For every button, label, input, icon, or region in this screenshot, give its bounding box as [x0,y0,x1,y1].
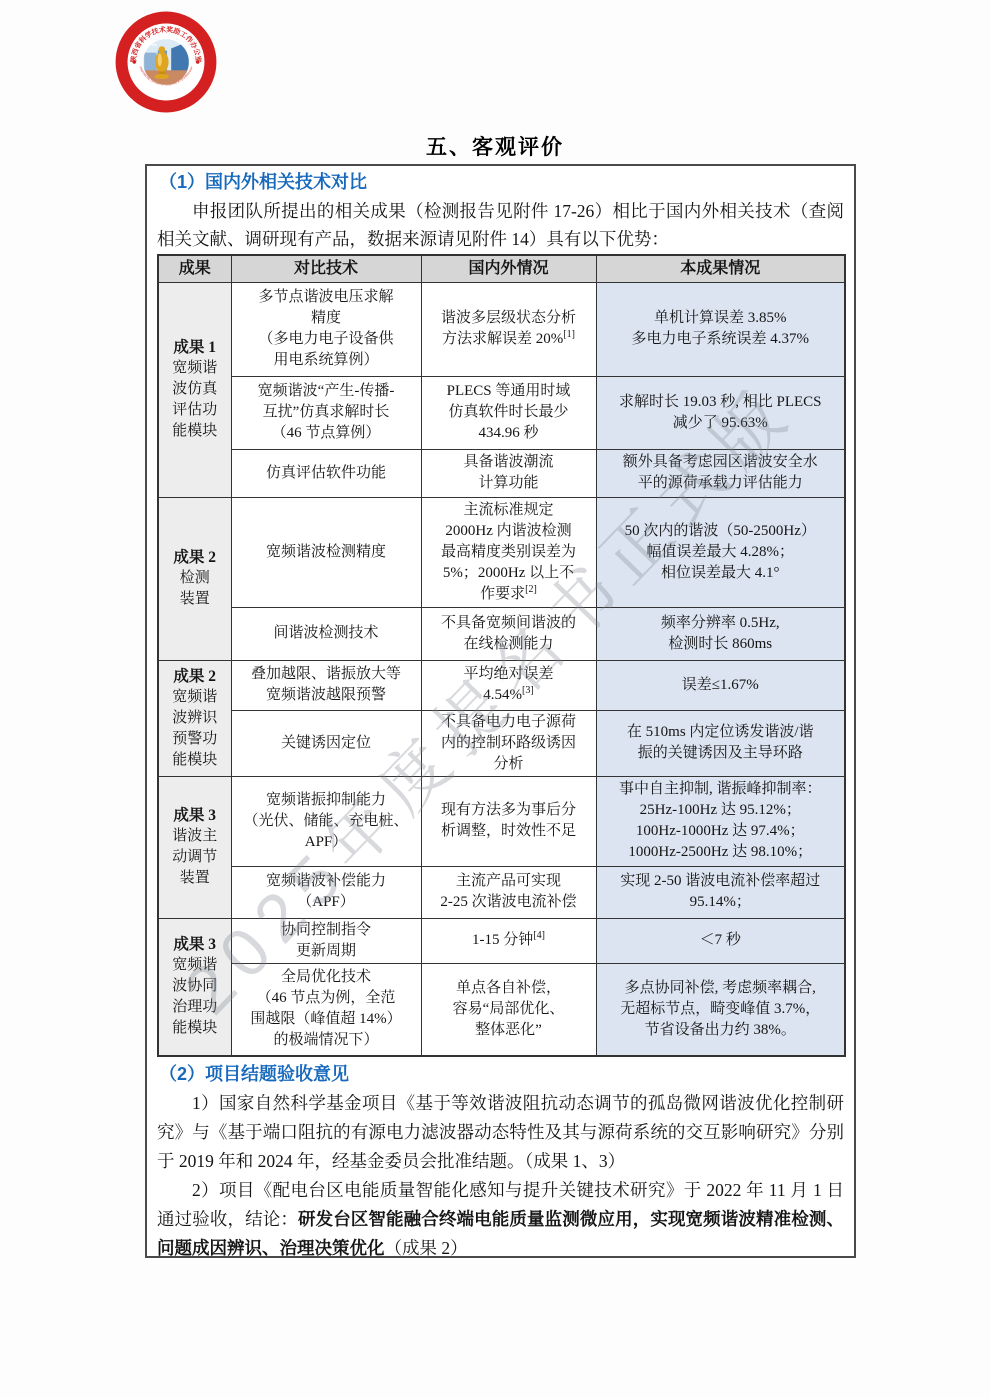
footnote-ref: [1] [563,329,575,340]
result-name: 成果 2 [162,547,228,568]
table-row: 关键诱因定位 不具备电力电子源荷 内的控制环路级诱因 分析 在 510ms 内定… [158,710,845,776]
header-result: 成果 [158,255,231,282]
ours-cell: 事中自主抑制, 谐振峰抑制率： 25Hz-100Hz 达 95.12%； 100… [596,776,845,866]
result-group-cell: 成果 1 宽频谐 波仿真 评估功 能模块 [158,282,231,497]
tech-cell: 宽频谐波检测精度 [231,497,421,607]
section2-heading: （2）项目结题验收意见 [159,1062,844,1087]
ours-cell: 误差≤1.67% [596,660,845,710]
tech-cell: 协同控制指令 更新周期 [231,918,421,963]
domestic-text: 1-15 分钟 [472,932,533,948]
ours-cell: ＜7 秒 [596,918,845,963]
tech-cell: 仿真评估软件功能 [231,449,421,497]
comparison-table: 成果 对比技术 国内外情况 本成果情况 成果 1 宽频谐 波仿真 评估功 能模块… [157,254,846,1057]
table-row: 宽频谐波补偿能力 （APF） 主流产品可实现 2-25 次谐波电流补偿 实现 2… [158,866,845,918]
table-row: 宽频谐波“产生-传播- 互扰”仿真求解时长 （46 节点算例） PLECS 等通… [158,376,845,449]
header-domestic: 国内外情况 [421,255,596,282]
result-module: 宽频谐 波协同 治理功 能模块 [162,955,228,1039]
footnote-ref: [2] [525,584,537,595]
table-row: 成果 3 谐波主 动调节 装置 宽频谐振抑制能力 （光伏、储能、充电桩、 APF… [158,776,845,866]
table-row: 成果 2 宽频谐 波辨识 预警功 能模块 叠加越限、谐振放大等 宽频谐波越限预警… [158,660,845,710]
table-row: 仿真评估软件功能 具备谐波潮流 计算功能 额外具备考虑园区谐波安全水 平的源荷承… [158,449,845,497]
domestic-cell: 平均绝对误差 4.54%[3] [421,660,596,710]
tech-cell: 间谐波检测技术 [231,607,421,660]
section2-para2: 2）项目《配电台区电能质量智能化感知与提升关键技术研究》于 2022 年 11 … [157,1176,844,1258]
table-row: 成果 1 宽频谐 波仿真 评估功 能模块 多节点谐波电压求解 精度 （多电力电子… [158,282,845,376]
tech-cell: 全局优化技术 （46 节点为例，全范 围越限（峰值超 14%） 的极端情况下） [231,963,421,1056]
seal-center-photo [143,39,189,85]
tech-cell: 关键诱因定位 [231,710,421,776]
result-group-cell: 成果 3 宽频谐 波协同 治理功 能模块 [158,918,231,1056]
domestic-cell: 不具备电力电子源荷 内的控制环路级诱因 分析 [421,710,596,776]
section1-heading: （1）国内外相关技术对比 [159,170,844,195]
result-name: 成果 1 [162,337,228,358]
ours-cell: 多点协同补偿, 考虑频率耦合, 无超标节点，畸变峰值 3.7%， 节省设备出力约… [596,963,845,1056]
result-module: 检测 装置 [162,568,228,610]
table-row: 成果 2 检测 装置 宽频谐波检测精度 主流标准规定 2000Hz 内谐波检测 … [158,497,845,607]
tech-cell: 宽频谐振抑制能力 （光伏、储能、充电桩、 APF） [231,776,421,866]
tech-cell: 多节点谐波电压求解 精度 （多电力电子设备供 用电系统算例） [231,282,421,376]
document-page: { "page": { "title": "五、客观评价", "watermar… [0,0,990,1399]
header-tech: 对比技术 [231,255,421,282]
footnote-ref: [4] [533,930,545,941]
ours-cell: 求解时长 19.03 秒, 相比 PLECS 减少了 95.63% [596,376,845,449]
ours-cell: 实现 2-50 谐波电流补偿率超过 95.14%； [596,866,845,918]
result-module: 宽频谐 波仿真 评估功 能模块 [162,358,228,442]
tech-cell: 叠加越限、谐振放大等 宽频谐波越限预警 [231,660,421,710]
result-group-cell: 成果 3 谐波主 动调节 装置 [158,776,231,918]
table-row: 成果 3 宽频谐 波协同 治理功 能模块 协同控制指令 更新周期 1-15 分钟… [158,918,845,963]
para2-tail: （成果 2） [385,1238,468,1258]
domestic-cell: 具备谐波潮流 计算功能 [421,449,596,497]
domestic-text: 主流标准规定 2000Hz 内谐波检测 最高精度类别误差为 5%；2000Hz … [441,502,576,602]
domestic-cell: 谐波多层级状态分析 方法求解误差 20%[1] [421,282,596,376]
result-group-cell: 成果 2 宽频谐 波辨识 预警功 能模块 [158,660,231,776]
domestic-cell: 主流产品可实现 2-25 次谐波电流补偿 [421,866,596,918]
domestic-cell: PLECS 等通用时域 仿真软件时长最少 434.96 秒 [421,376,596,449]
section1-intro: 申报团队所提出的相关成果（检测报告见附件 17-26）相比于国内外相关技术（查阅… [157,197,844,253]
page-title: 五、客观评价 [0,131,990,161]
ours-cell: 额外具备考虑园区谐波安全水 平的源荷承载力评估能力 [596,449,845,497]
domestic-cell: 主流标准规定 2000Hz 内谐波检测 最高精度类别误差为 5%；2000Hz … [421,497,596,607]
domestic-cell: 现有方法多为事后分 析调整，时效性不足 [421,776,596,866]
tech-cell: 宽频谐波补偿能力 （APF） [231,866,421,918]
footnote-ref: [3] [522,685,534,696]
domestic-text: 平均绝对误差 4.54% [463,666,553,703]
domestic-cell: 单点各自补偿， 容易“局部优化、 整体恶化” [421,963,596,1056]
ours-cell: 频率分辨率 0.5Hz, 检测时长 860ms [596,607,845,660]
section2-para1: 1）国家自然科学基金项目《基于等效谐波阻抗动态调节的孤岛微网谐波优化控制研究》与… [157,1089,844,1176]
domestic-cell: 不具备宽频间谐波的 在线检测能力 [421,607,596,660]
table-row: 全局优化技术 （46 节点为例，全范 围越限（峰值超 14%） 的极端情况下） … [158,963,845,1056]
table-header-row: 成果 对比技术 国内外情况 本成果情况 [158,255,845,282]
award-office-seal-icon: 陕西省科学技术奖励工作办公室 SHAANXI PROVINCIAL OFFICE… [114,10,218,114]
table-row: 间谐波检测技术 不具备宽频间谐波的 在线检测能力 频率分辨率 0.5Hz, 检测… [158,607,845,660]
result-group-cell: 成果 2 检测 装置 [158,497,231,660]
evaluation-box: （1）国内外相关技术对比 申报团队所提出的相关成果（检测报告见附件 17-26）… [145,164,856,1258]
tech-cell: 宽频谐波“产生-传播- 互扰”仿真求解时长 （46 节点算例） [231,376,421,449]
result-name: 成果 3 [162,805,228,826]
ours-cell: 单机计算误差 3.85% 多电力电子系统误差 4.37% [596,282,845,376]
result-module: 谐波主 动调节 装置 [162,826,228,889]
header-ours: 本成果情况 [596,255,845,282]
domestic-cell: 1-15 分钟[4] [421,918,596,963]
result-name: 成果 3 [162,934,228,955]
domestic-text: 谐波多层级状态分析 方法求解误差 20% [441,310,576,347]
result-name: 成果 2 [162,666,228,687]
ours-cell: 50 次内的谐波（50-2500Hz） 幅值误差最大 4.28%； 相位误差最大… [596,497,845,607]
result-module: 宽频谐 波辨识 预警功 能模块 [162,687,228,771]
ours-cell: 在 510ms 内定位诱发谐波/谐 振的关键诱因及主导环路 [596,710,845,776]
